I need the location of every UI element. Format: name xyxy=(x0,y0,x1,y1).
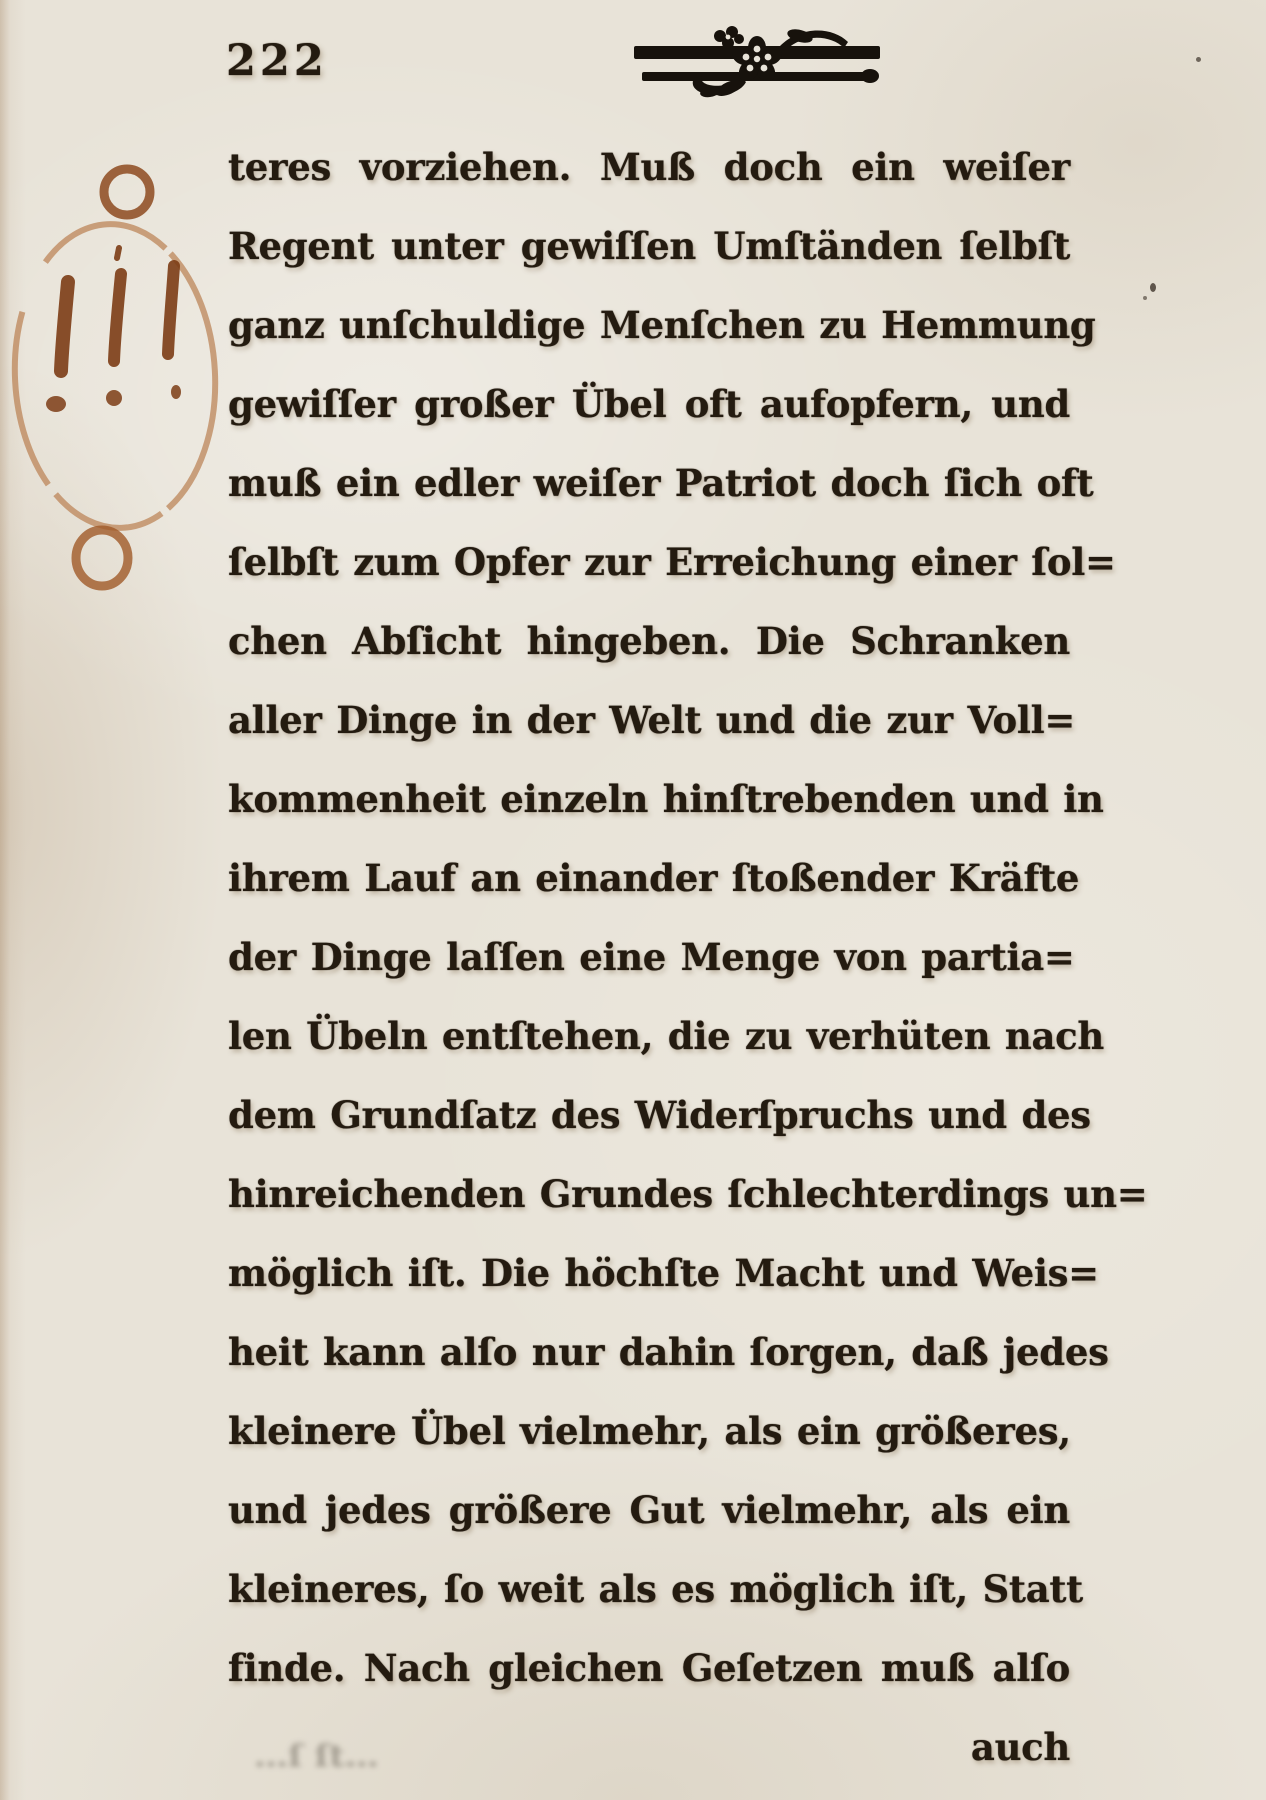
annotation-oval xyxy=(7,219,223,533)
book-page: 222 xyxy=(0,0,1266,1800)
text-line: und jedes größere Gut vielmehr, als ein xyxy=(228,1471,1070,1550)
annotation-dots xyxy=(46,385,181,412)
text-block: teres vorziehen. Muß doch ein weiſer Reg… xyxy=(228,128,1070,1787)
text-line: ganz unſchuldige Menſchen zu Hemmung xyxy=(228,286,1070,365)
text-line: gewiſſer großer Übel oft aufopfern, und xyxy=(228,365,1070,444)
text-line: ſelbſt zum Opfer zur Erreichung einer ſo… xyxy=(228,523,1070,602)
annotation-tally-marks xyxy=(61,248,174,371)
text-line: heit kann alſo nur dahin ſorgen, daß jed… xyxy=(228,1313,1070,1392)
text-line: Regent unter gewiſſen Umſtänden ſelbſt xyxy=(228,207,1070,286)
paper-speck xyxy=(1196,57,1201,62)
annotation-circle-top xyxy=(104,169,150,215)
text-line: kleineres, ſo weit als es möglich iſt, S… xyxy=(228,1550,1070,1629)
text-line: kleinere Übel vielmehr, als ein größeres… xyxy=(228,1392,1070,1471)
text-line: der Dinge laſſen eine Menge von partia= xyxy=(228,918,1070,997)
text-line: ihrem Lauf an einander ſtoßender Kräfte xyxy=(228,839,1070,918)
ink-smudge: …ſ ſt… xyxy=(254,1738,404,1781)
text-line: finde. Nach gleichen Geſetzen muß alſo xyxy=(228,1629,1070,1708)
text-line: dem Grundſatz des Widerſpruchs und des xyxy=(228,1076,1070,1155)
text-line: teres vorziehen. Muß doch ein weiſer xyxy=(228,128,1070,207)
header-ornament-icon xyxy=(632,24,882,104)
margin-annotation xyxy=(0,140,232,620)
paper-speck xyxy=(1150,283,1156,292)
page-number: 222 xyxy=(226,36,328,86)
paper-speck xyxy=(1143,296,1147,300)
text-line: aller Dinge in der Welt und die zur Voll… xyxy=(228,681,1070,760)
annotation-circle-bottom xyxy=(76,530,128,586)
text-line: kommenheit einzeln hinſtrebenden und in xyxy=(228,760,1070,839)
text-line: len Übeln entſtehen, die zu verhüten nac… xyxy=(228,997,1070,1076)
text-line: muß ein edler weiſer Patriot doch ſich o… xyxy=(228,444,1070,523)
text-line: chen Abſicht hingeben. Die Schranken xyxy=(228,602,1070,681)
text-line: möglich iſt. Die höchſte Macht und Weis= xyxy=(228,1234,1070,1313)
text-line: hinreichenden Grundes ſchlechterdings un… xyxy=(228,1155,1070,1234)
